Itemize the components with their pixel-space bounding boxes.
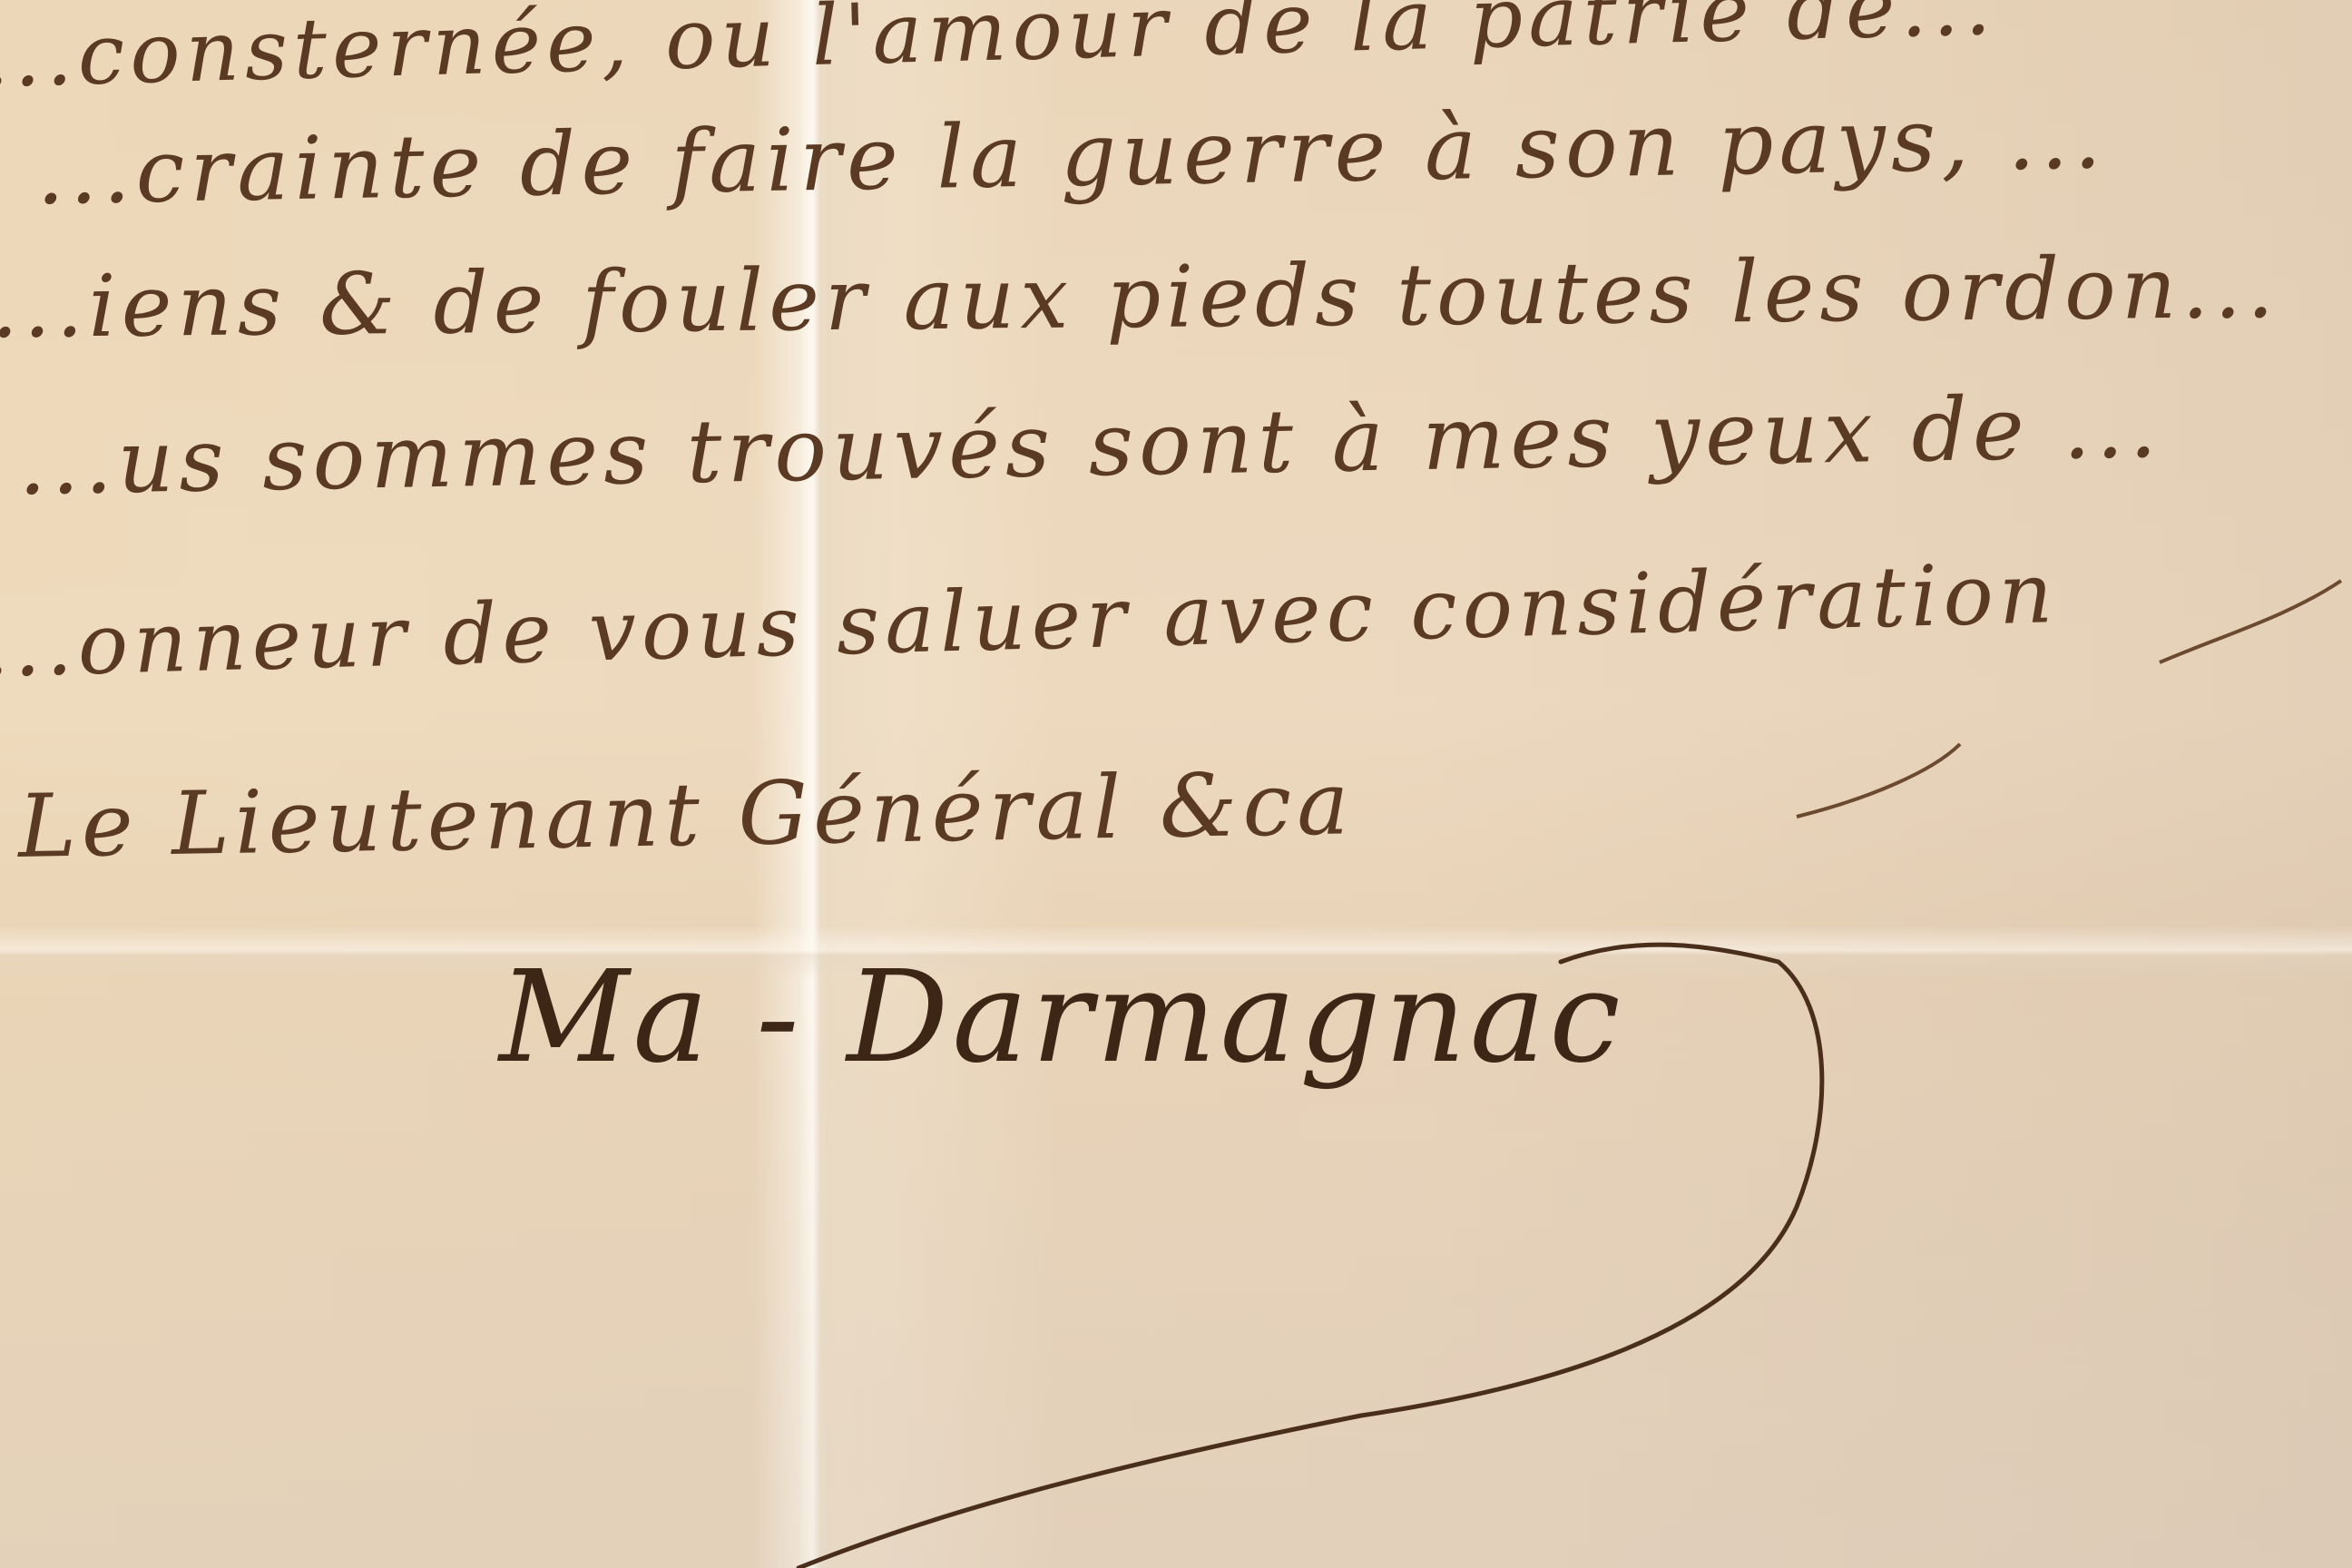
signature: Ma - Darmagnac	[499, 944, 1624, 1092]
handwritten-line-3: ...iens & de fouler aux pieds toutes les…	[0, 239, 2279, 358]
